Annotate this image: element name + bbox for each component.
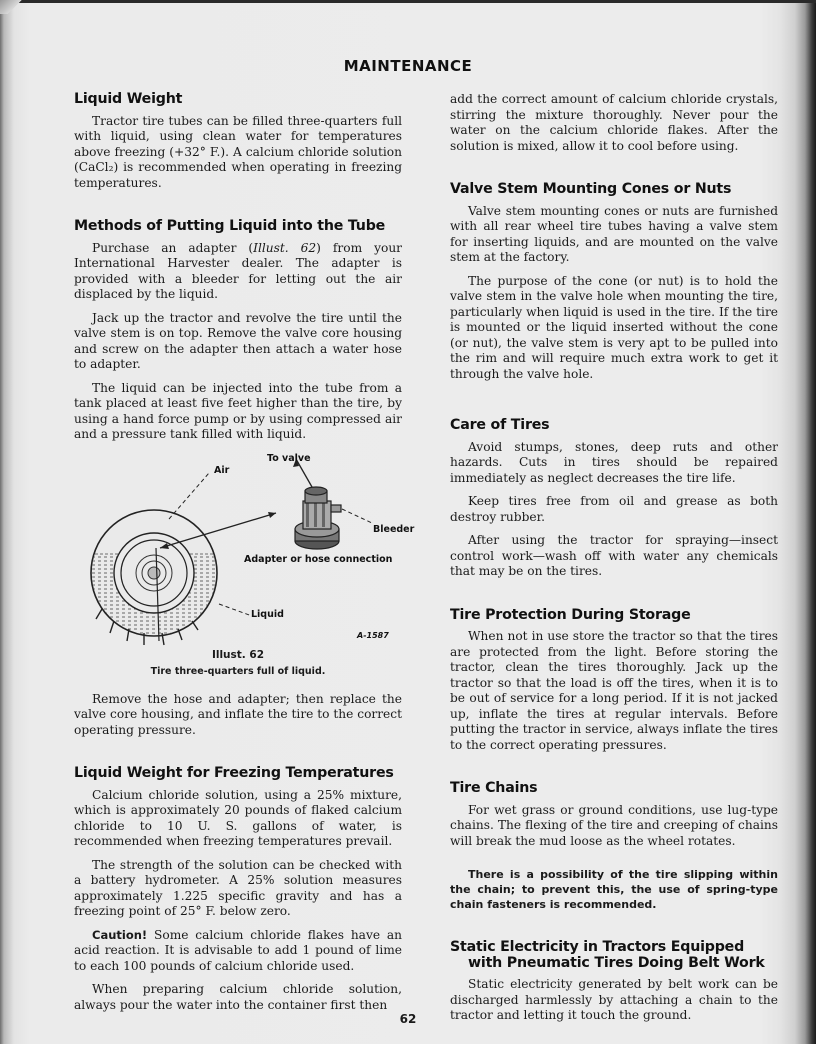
paragraph: After using the tractor for spraying—ins…: [450, 533, 778, 580]
paragraph: When not in use store the tractor so tha…: [450, 629, 778, 753]
paragraph-continued: add the correct amount of calcium chlori…: [450, 92, 778, 154]
paragraph: The liquid can be injected into the tube…: [74, 381, 402, 443]
heading-freezing: Liquid Weight for Freezing Temperatures: [74, 766, 402, 782]
figure-code: A-1587: [357, 628, 389, 644]
page-top-edge: [0, 0, 816, 3]
illustration-tire-diagram: To valve Air Bleeder Adapter or hose con…: [74, 451, 402, 676]
heading-valve-stem: Valve Stem Mounting Cones or Nuts: [450, 182, 778, 198]
paragraph: When preparing calcium chloride solution…: [74, 982, 402, 1013]
paragraph: Remove the hose and adapter; then replac…: [74, 692, 402, 739]
heading-care-of-tires: Care of Tires: [450, 418, 778, 434]
figure-number: Illust. 62: [74, 648, 402, 664]
left-column: Liquid Weight Tractor tire tubes can be …: [74, 92, 402, 1021]
paragraph: For wet grass or ground conditions, use …: [450, 803, 778, 850]
label-air: Air: [214, 463, 229, 479]
paragraph: The purpose of the cone (or nut) is to h…: [450, 274, 778, 383]
heading-static-electricity: Static Electricity in Tractors Equipped …: [450, 940, 778, 971]
paragraph: Jack up the tractor and revolve the tire…: [74, 311, 402, 373]
paragraph: Calcium chloride solution, using a 25% m…: [74, 788, 402, 850]
paragraph: Avoid stumps, stones, deep ruts and othe…: [450, 440, 778, 487]
heading-liquid-weight: Liquid Weight: [74, 92, 402, 108]
corner-fold: [0, 0, 22, 14]
heading-storage: Tire Protection During Storage: [450, 608, 778, 624]
heading-tire-chains: Tire Chains: [450, 781, 778, 797]
paragraph: Purchase an adapter (Illust. 62) from yo…: [74, 241, 402, 303]
paragraph: The strength of the solution can be chec…: [74, 858, 402, 920]
label-bleeder: Bleeder: [373, 522, 414, 538]
heading-methods: Methods of Putting Liquid into the Tube: [74, 219, 402, 235]
label-to-valve: To valve: [267, 451, 311, 467]
running-header: MAINTENANCE: [0, 57, 816, 75]
paragraph: Valve stem mounting cones or nuts are fu…: [450, 204, 778, 266]
illustration-reference: Illust. 62: [253, 241, 316, 255]
right-column: add the correct amount of calcium chlori…: [450, 92, 778, 1032]
caution-label: Caution!: [92, 928, 147, 942]
page-number: 62: [0, 1012, 816, 1026]
chain-warning-note: There is a possibility of the tire slipp…: [450, 867, 778, 912]
paragraph: Keep tires free from oil and grease as b…: [450, 494, 778, 525]
scanned-page: MAINTENANCE Liquid Weight Tractor tire t…: [0, 0, 816, 1044]
figure-caption: Tire three-quarters full of liquid.: [74, 664, 402, 680]
label-adapter: Adapter or hose connection: [244, 552, 392, 568]
paragraph: Tractor tire tubes can be filled three-q…: [74, 114, 402, 192]
label-liquid: Liquid: [251, 607, 284, 623]
paragraph: Caution! Some calcium chloride flakes ha…: [74, 928, 402, 975]
